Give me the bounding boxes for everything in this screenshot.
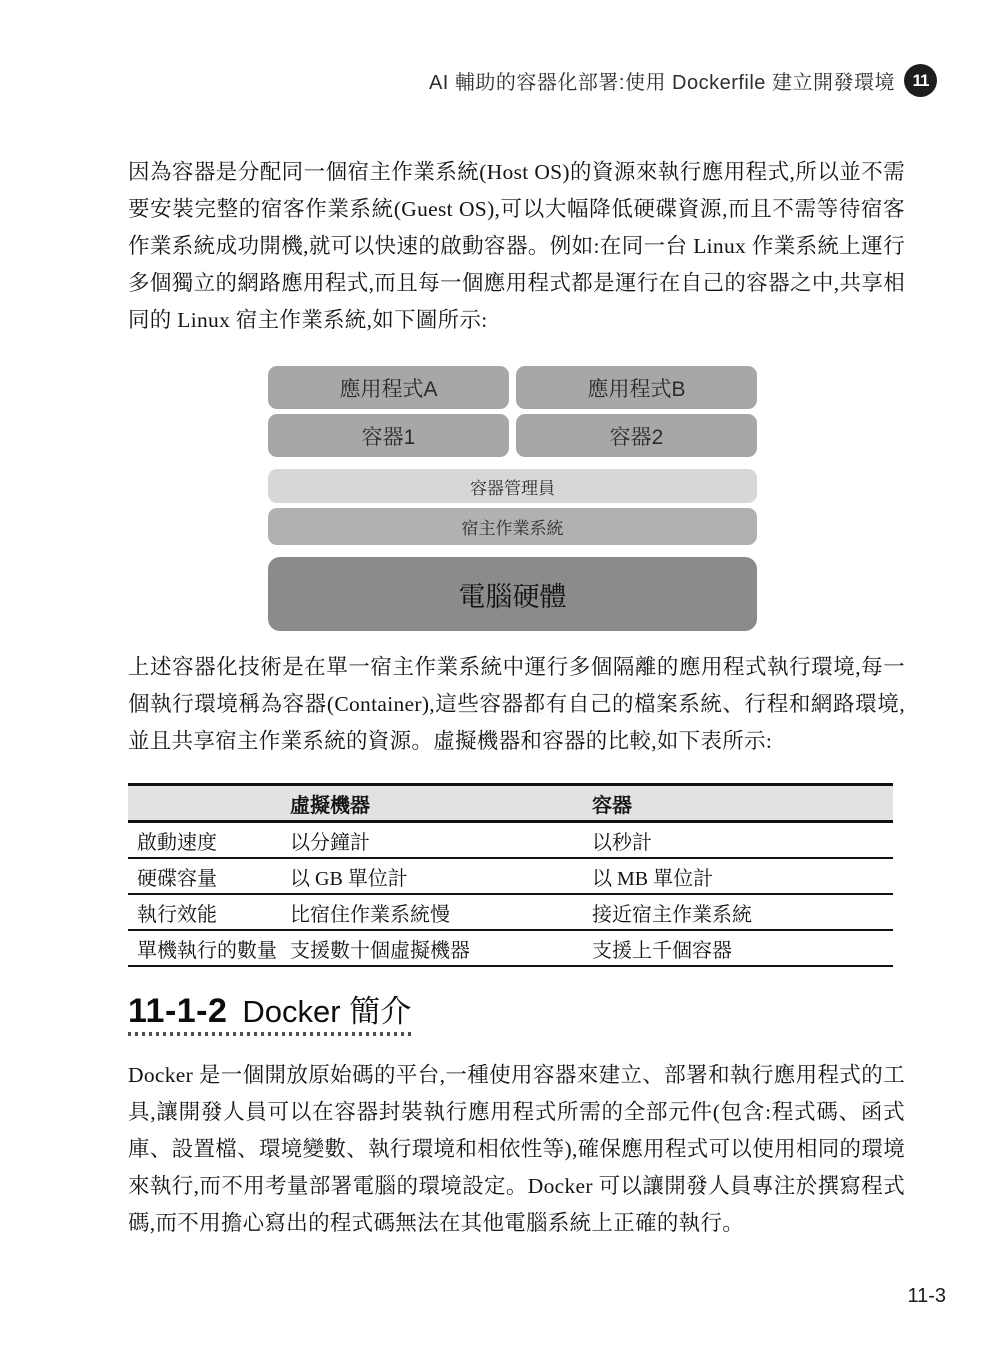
diagram-box-container-manager: 容器管理員 <box>268 469 757 503</box>
row-label: 執行效能 <box>128 894 290 930</box>
dotted-divider <box>128 1032 411 1036</box>
vm-value: 比宿住作業系統慢 <box>290 894 592 930</box>
row-label: 啟動速度 <box>128 822 290 859</box>
vm-value: 以 GB 單位計 <box>290 858 592 894</box>
table-row: 執行效能 比宿住作業系統慢 接近宿主作業系統 <box>128 894 893 930</box>
table-header-container: 容器 <box>592 785 893 822</box>
container-value: 以 MB 單位計 <box>592 858 893 894</box>
paragraph-containers-intro: 因為容器是分配同一個宿主作業系統(Host OS)的資源來執行應用程式,所以並不… <box>128 154 905 339</box>
vm-vs-container-table: 虛擬機器 容器 啟動速度 以分鐘計 以秒計 硬碟容量 以 GB 單位計 以 MB… <box>128 783 893 967</box>
row-label: 單機執行的數量 <box>128 930 290 966</box>
diagram-box-app-a: 應用程式A <box>268 366 509 409</box>
paragraph-container-definition: 上述容器化技術是在單一宿主作業系統中運行多個隔離的應用程式執行環境,每一個執行環… <box>128 649 905 760</box>
row-label: 硬碟容量 <box>128 858 290 894</box>
book-page: AI 輔助的容器化部署:使用 Dockerfile 建立開發環境 11 因為容器… <box>0 0 1000 1353</box>
section-number: 11-1-2 <box>128 992 227 1031</box>
paragraph-docker-intro: Docker 是一個開放原始碼的平台,一種使用容器來建立、部署和執行應用程式的工… <box>128 1057 905 1242</box>
diagram-container-row: 容器1 容器2 <box>268 414 757 457</box>
table-row: 啟動速度 以分鐘計 以秒計 <box>128 822 893 859</box>
section-title: Docker 簡介 <box>242 986 411 1031</box>
chapter-number-badge: 11 <box>904 64 937 97</box>
table-header-vm: 虛擬機器 <box>290 785 592 822</box>
container-value: 接近宿主作業系統 <box>592 894 893 930</box>
table-header-empty <box>128 785 290 822</box>
diagram-box-hardware: 電腦硬體 <box>268 557 757 631</box>
diagram-box-host-os: 宿主作業系統 <box>268 508 757 545</box>
table-row: 硬碟容量 以 GB 單位計 以 MB 單位計 <box>128 858 893 894</box>
table-header-row: 虛擬機器 容器 <box>128 785 893 822</box>
diagram-app-row: 應用程式A 應用程式B <box>268 366 757 409</box>
table-row: 單機執行的數量 支援數十個虛擬機器 支援上千個容器 <box>128 930 893 966</box>
container-value: 支援上千個容器 <box>592 930 893 966</box>
vm-value: 支援數十個虛擬機器 <box>290 930 592 966</box>
page-content: 因為容器是分配同一個宿主作業系統(Host OS)的資源來執行應用程式,所以並不… <box>128 0 905 1353</box>
diagram-box-app-b: 應用程式B <box>516 366 757 409</box>
page-number: 11-3 <box>907 1285 946 1308</box>
section-heading: 11-1-2 Docker 簡介 <box>128 986 411 1031</box>
diagram-box-container-1: 容器1 <box>268 414 509 457</box>
container-value: 以秒計 <box>592 822 893 859</box>
container-stack-diagram: 應用程式A 應用程式B 容器1 容器2 容器管理員 宿主作業系統 電腦硬體 <box>268 366 757 631</box>
vm-value: 以分鐘計 <box>290 822 592 859</box>
diagram-box-container-2: 容器2 <box>516 414 757 457</box>
